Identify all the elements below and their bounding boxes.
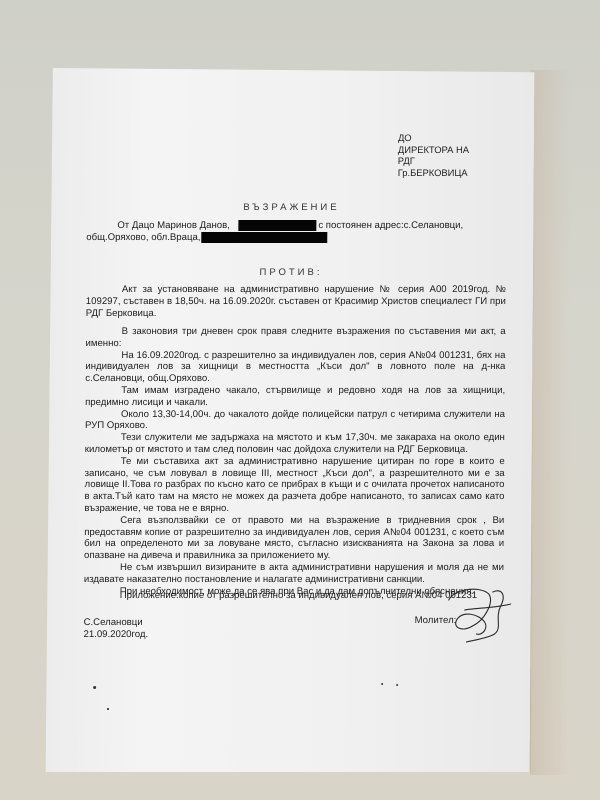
- from-line-1b: с постоянен адрес:с.Селановци,: [318, 219, 463, 233]
- speck: [396, 684, 398, 686]
- attachment-line: Приложение:копие от разрешително за инди…: [120, 589, 477, 603]
- addressee-line: ДО: [398, 132, 469, 144]
- redaction-box: [201, 232, 327, 243]
- document-title: ВЪЗРАЖЕНИЕ: [49, 201, 533, 215]
- paragraph: Тези служители ме задържаха на мястото и…: [85, 432, 505, 456]
- redaction-box: [238, 220, 316, 231]
- speck: [93, 686, 96, 689]
- speck: [107, 708, 109, 710]
- signature: [444, 580, 524, 650]
- body-paragraphs: В законовия три дневен срок правя следни…: [84, 326, 506, 597]
- place: С.Селановци: [84, 617, 149, 629]
- against-title: ПРОТИВ:: [49, 266, 533, 280]
- paragraph: Сега възползвайки се от правото ми на въ…: [84, 515, 504, 562]
- addressee-line: ДИРЕКТОРА НА: [398, 144, 469, 156]
- act-paragraph: Акт за установяване на административно н…: [86, 284, 506, 319]
- paragraph: Не съм извършил визираните в акта админи…: [84, 562, 504, 586]
- speck: [381, 683, 383, 685]
- place-date-block: С.Селановци 21.09.2020год.: [83, 617, 148, 640]
- from-line-2: общ.Оряхово, обл.Враца,: [86, 231, 200, 245]
- date: 21.09.2020год.: [83, 629, 148, 641]
- paragraph: На 16.09.2020год. с разрешително за инди…: [85, 350, 505, 385]
- page-shadow: [530, 70, 570, 775]
- addressee-line: Гр.БЕРКОВИЦА: [398, 167, 469, 179]
- paragraph: Около 13,30-14,00ч. до чакалото дойде по…: [85, 409, 505, 433]
- addressee-line: РДГ: [398, 155, 469, 167]
- paragraph: Там имам изградено чакало, стървилище и …: [85, 385, 505, 409]
- addressee-block: ДО ДИРЕКТОРА НА РДГ Гр.БЕРКОВИЦА: [398, 132, 469, 178]
- paragraph: В законовия три дневен срок правя следни…: [85, 326, 505, 350]
- paragraph: Те ми съставиха акт за административно н…: [84, 456, 504, 515]
- document-page: ДО ДИРЕКТОРА НА РДГ Гр.БЕРКОВИЦА ВЪЗРАЖЕ…: [46, 68, 535, 772]
